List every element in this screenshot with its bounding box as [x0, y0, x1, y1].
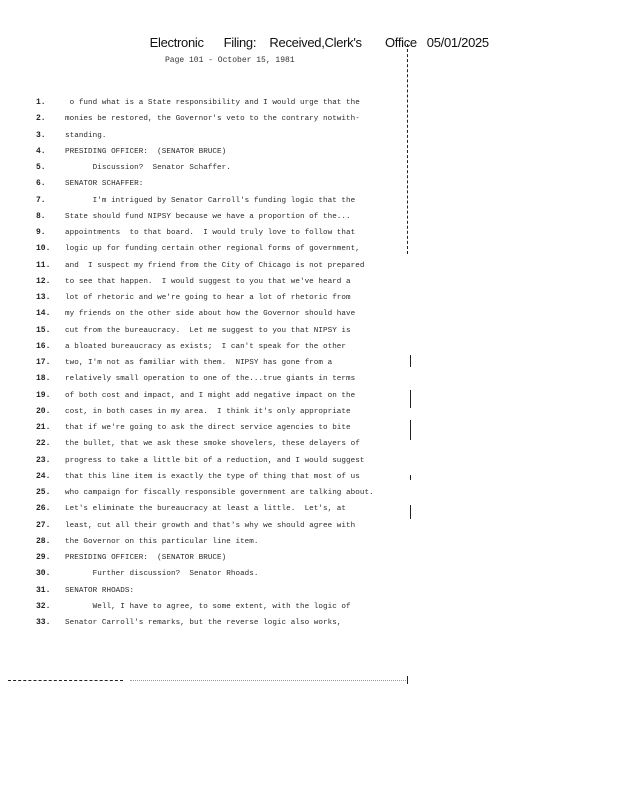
line-number: 1.	[36, 98, 56, 107]
line-number: 12.	[36, 277, 56, 286]
transcript-line: monies be restored, the Governor's veto …	[65, 115, 360, 123]
line-number: 14.	[36, 309, 56, 318]
line-number: 32.	[36, 602, 56, 611]
line-number: 2.	[36, 114, 56, 123]
line-number: 20.	[36, 407, 56, 416]
line-number: 18.	[36, 374, 56, 383]
transcript-line: logic up for funding certain other regio…	[65, 245, 360, 253]
transcript-line: my friends on the other side about how t…	[65, 310, 355, 318]
filing-stamp: Electronic Filing: Received,Clerk's Offi…	[143, 20, 489, 50]
line-number: 7.	[36, 196, 56, 205]
page-header: Page 101 - October 15, 1981	[165, 56, 295, 65]
line-number: 29.	[36, 553, 56, 562]
margin-mark	[410, 505, 411, 519]
transcript-line: standing.	[65, 132, 106, 140]
line-number: 30.	[36, 569, 56, 578]
line-number: 6.	[36, 179, 56, 188]
stamp-electronic: Electronic	[150, 35, 204, 50]
stamp-received: Received,Clerk's	[269, 35, 361, 50]
margin-mark	[410, 420, 411, 440]
line-number: 28.	[36, 537, 56, 546]
bottom-rule	[8, 680, 123, 681]
margin-rule	[407, 44, 409, 254]
line-number: 8.	[36, 212, 56, 221]
line-number: 33.	[36, 618, 56, 627]
transcript-line: that this line item is exactly the type …	[65, 473, 360, 481]
line-number: 24.	[36, 472, 56, 481]
line-number: 21.	[36, 423, 56, 432]
transcript-line: and I suspect my friend from the City of…	[65, 262, 364, 270]
line-number: 31.	[36, 586, 56, 595]
transcript-line: Senator Carroll's remarks, but the rever…	[65, 619, 341, 627]
transcript-line: relatively small operation to one of the…	[65, 375, 355, 383]
transcript-line: o fund what is a State responsibility an…	[65, 99, 360, 107]
stamp-filing: Filing:	[224, 35, 257, 50]
line-number: 15.	[36, 326, 56, 335]
line-number: 11.	[36, 261, 56, 270]
transcript-line: the bullet, that we ask these smoke shov…	[65, 440, 360, 448]
line-number: 9.	[36, 228, 56, 237]
bottom-dotted-rule	[130, 680, 406, 681]
line-number: 17.	[36, 358, 56, 367]
transcript-line: PRESIDING OFFICER: (SENATOR BRUCE)	[65, 148, 226, 156]
line-number: 16.	[36, 342, 56, 351]
transcript-line: Let's eliminate the bureaucracy at least…	[65, 505, 346, 513]
stamp-date: 05/01/2025	[427, 35, 489, 50]
transcript-line: least, cut all their growth and that's w…	[65, 522, 355, 530]
transcript-line: SENATOR RHOADS:	[65, 587, 134, 595]
transcript-line: lot of rhetoric and we're going to hear …	[65, 294, 351, 302]
line-number: 25.	[36, 488, 56, 497]
line-number: 10.	[36, 244, 56, 253]
line-number: 22.	[36, 439, 56, 448]
line-number: 3.	[36, 131, 56, 140]
line-number: 13.	[36, 293, 56, 302]
line-number: 4.	[36, 147, 56, 156]
transcript-line: appointments to that board. I would trul…	[65, 229, 355, 237]
line-number: 19.	[36, 391, 56, 400]
transcript-line: Well, I have to agree, to some extent, w…	[65, 603, 351, 611]
margin-mark	[410, 390, 411, 408]
transcript-line: to see that happen. I would suggest to y…	[65, 278, 351, 286]
transcript-line: who campaign for fiscally responsible go…	[65, 489, 374, 497]
line-number: 27.	[36, 521, 56, 530]
transcript-line: Discussion? Senator Schaffer.	[65, 164, 231, 172]
stamp-office: Office	[385, 35, 417, 50]
transcript-line: Further discussion? Senator Rhoads.	[65, 570, 259, 578]
transcript-line: PRESIDING OFFICER: (SENATOR BRUCE)	[65, 554, 226, 562]
line-number: 26.	[36, 504, 56, 513]
bottom-tick	[407, 676, 408, 684]
transcript-line: of both cost and impact, and I might add…	[65, 392, 355, 400]
transcript-line: progress to take a little bit of a reduc…	[65, 457, 364, 465]
transcript-line: cost, in both cases in my area. I think …	[65, 408, 351, 416]
line-number: 5.	[36, 163, 56, 172]
margin-mark	[410, 475, 411, 480]
transcript-line: State should fund NIPSY because we have …	[65, 213, 351, 221]
margin-mark	[410, 355, 411, 367]
transcript-line: a bloated bureaucracy as exists; I can't…	[65, 343, 346, 351]
transcript-line: I'm intrigued by Senator Carroll's fundi…	[65, 197, 355, 205]
transcript-line: two, I'm not as familiar with them. NIPS…	[65, 359, 332, 367]
transcript-line: the Governor on this particular line ite…	[65, 538, 259, 546]
transcript-line: cut from the bureaucracy. Let me suggest…	[65, 327, 351, 335]
transcript-line: that if we're going to ask the direct se…	[65, 424, 351, 432]
transcript-line: SENATOR SCHAFFER:	[65, 180, 143, 188]
line-number: 23.	[36, 456, 56, 465]
